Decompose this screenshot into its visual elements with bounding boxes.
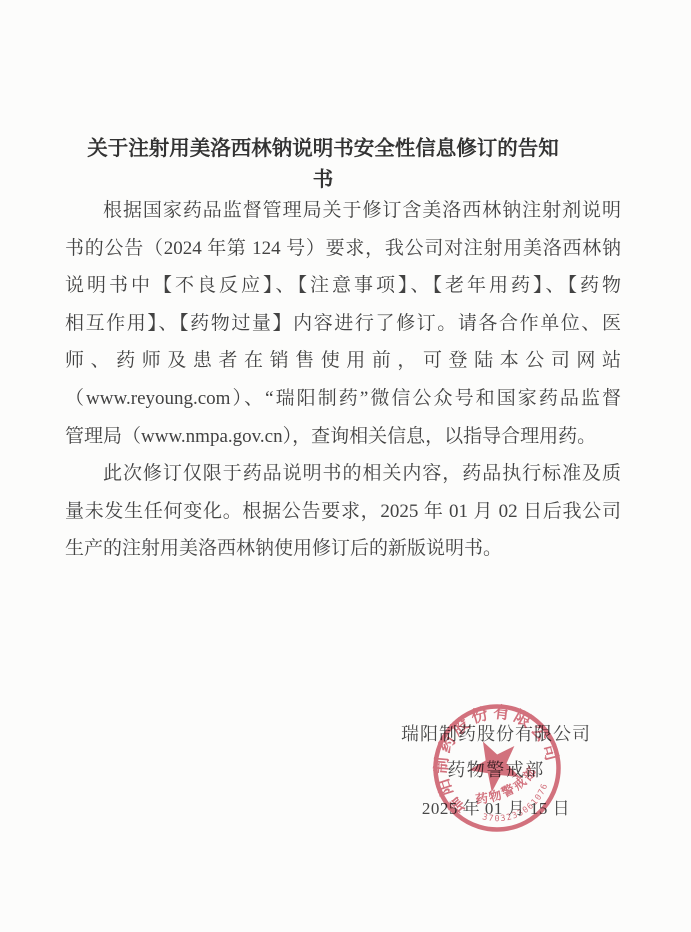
body-line: 相互作用】、【药物过量】内容进行了修订。请各合作单位、医 bbox=[65, 305, 621, 343]
signature-company: 瑞阳制药股份有限公司 bbox=[396, 716, 596, 752]
document-body: 根据国家药品监督管理局关于修订含美洛西林钠注射剂说明 书的公告（2024 年第 … bbox=[65, 192, 621, 568]
body-line: 量未发生任何变化。根据公告要求，2025 年 01 月 02 日后我公司 bbox=[65, 493, 621, 531]
body-line: 管理局（www.nmpa.gov.cn），查询相关信息，以指导合理用药。 bbox=[65, 418, 621, 456]
body-line: 此次修订仅限于药品说明书的相关内容，药品执行标准及质 bbox=[65, 455, 621, 493]
body-line: 根据国家药品监督管理局关于修订含美洛西林钠注射剂说明 bbox=[65, 192, 621, 230]
body-line: 说明书中【不良反应】、【注意事项】、【老年用药】、【药物 bbox=[65, 267, 621, 305]
signature-department: 药物警戒部 bbox=[396, 752, 596, 789]
body-line: （www.reyoung.com）、“瑞阳制药”微信公众号和国家药品监督 bbox=[65, 380, 621, 418]
document-page: 关于注射用美洛西林钠说明书安全性信息修订的告知书 根据国家药品监督管理局关于修订… bbox=[0, 0, 691, 932]
page-title: 关于注射用美洛西林钠说明书安全性信息修订的告知书 bbox=[80, 133, 566, 195]
body-line: 师、药师及患者在销售使用前，可登陆本公司网站 bbox=[65, 342, 621, 380]
signature-date: 2025 年 01 月 15 日 bbox=[396, 789, 596, 829]
body-line: 生产的注射用美洛西林钠使用修订后的新版说明书。 bbox=[65, 530, 621, 568]
signature-block: 瑞阳制药股份有限公司 药物警戒部 2025 年 01 月 15 日 bbox=[396, 716, 596, 829]
body-line: 书的公告（2024 年第 124 号）要求，我公司对注射用美洛西林钠 bbox=[65, 230, 621, 268]
